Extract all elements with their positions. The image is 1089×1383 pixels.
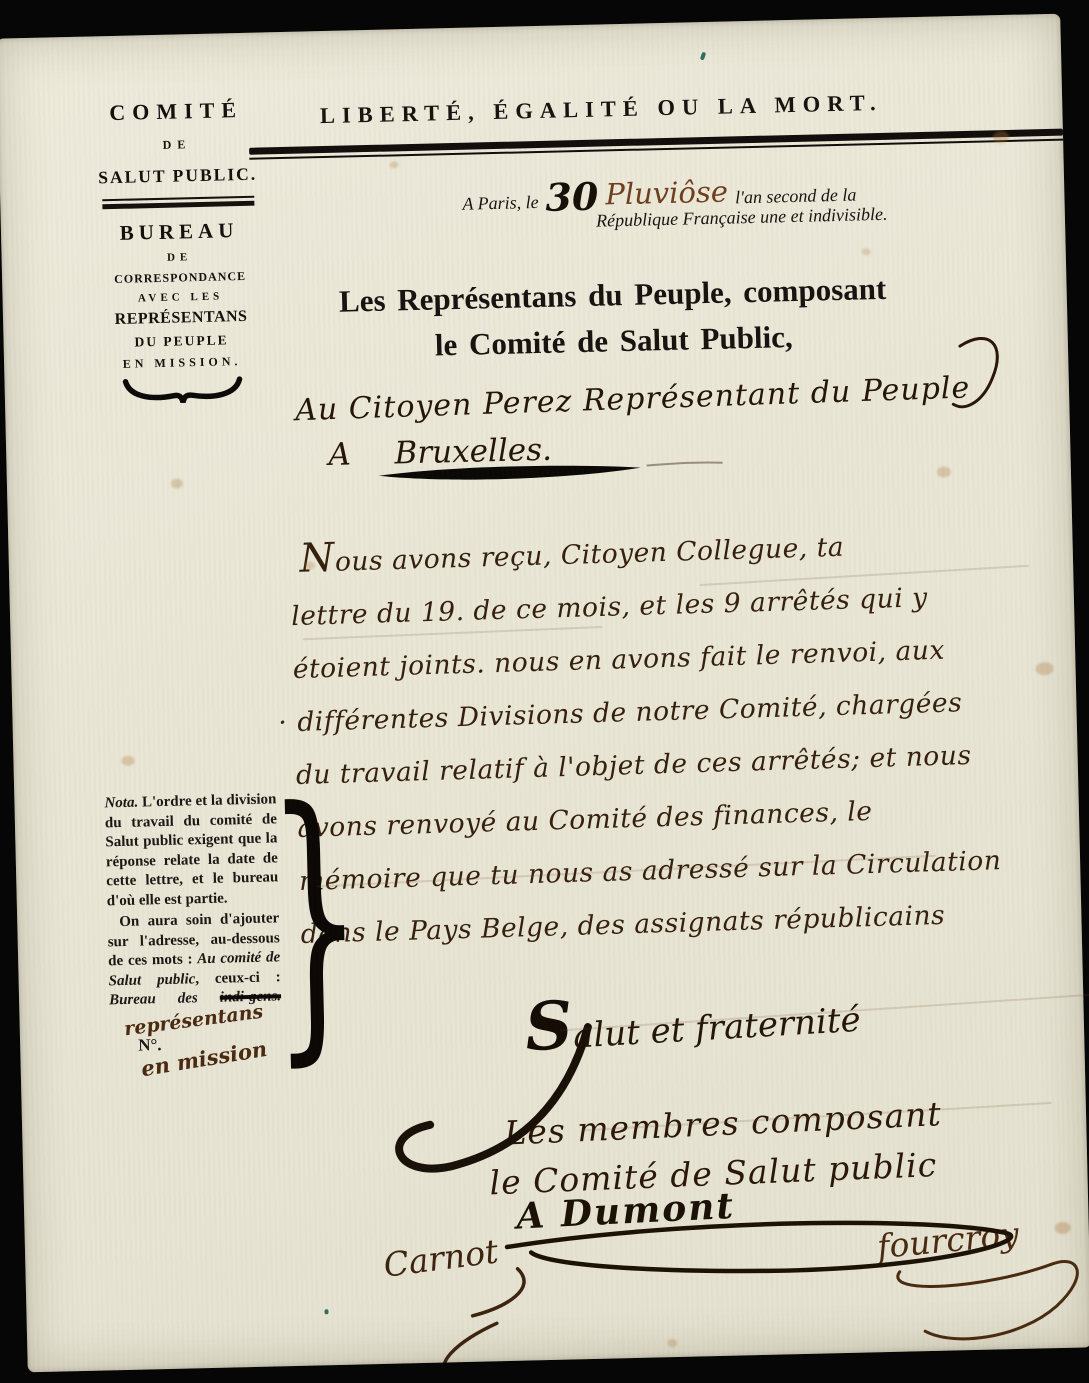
ink-speck xyxy=(700,52,706,61)
salutation-rest: alut et fraternité xyxy=(572,1000,862,1057)
nota-block: Nota. L'ordre et la division du travail … xyxy=(104,790,283,1077)
signature-carnot: Carnot xyxy=(381,1231,500,1284)
ink-speck xyxy=(324,1309,328,1314)
fourcroy-flourish xyxy=(898,1261,1079,1340)
bottom-curly-brace-icon xyxy=(120,375,245,406)
salutation-initial: S xyxy=(523,986,575,1067)
foxing-spot xyxy=(171,478,183,488)
foxing-spot xyxy=(667,1339,677,1347)
margin-mark: · xyxy=(278,707,288,738)
foxing-spot xyxy=(1055,1222,1071,1234)
nota-numero-line: N°. en mission xyxy=(138,1032,283,1076)
closing-line1: Les membres composant xyxy=(504,1094,943,1152)
printed-heading: Les Représentans du Peuple, composant le… xyxy=(234,263,992,373)
letter-body: Nous avons reçu, Citoyen Collegue, ta le… xyxy=(289,527,1004,972)
right-curly-brace-icon: } xyxy=(266,780,365,1058)
letterhead-divider xyxy=(102,196,254,210)
letterhead-committee-line: SALUT PUBLIC. xyxy=(85,163,269,188)
address-line2: A Bruxelles. xyxy=(328,432,552,473)
head-rule xyxy=(249,129,1063,160)
signature-fourcroy: fourcroy xyxy=(875,1214,1020,1266)
address-line1: Au Citoyen Perez Représentant du Peuple xyxy=(295,370,971,428)
carnot-flourish xyxy=(441,1269,526,1373)
scanned-letter-photo: { "letterhead": { "committee_lines": ["C… xyxy=(0,0,1089,1383)
foxing-spot xyxy=(1035,662,1053,675)
letterhead-committee-line: COMITÉ xyxy=(84,96,269,126)
nota-paragraph-1: Nota. L'ordre et la division du travail … xyxy=(104,790,279,911)
motto: LIBERTÉ, ÉGALITÉ OU LA MORT. xyxy=(256,88,946,130)
address-place: Bruxelles. xyxy=(394,432,552,472)
address-line2-prefix: A xyxy=(328,436,351,473)
letterhead-bureau-line: BUREAU xyxy=(87,217,272,246)
letterhead-bureau-line: DE xyxy=(88,249,272,265)
foxing-spot xyxy=(937,466,951,477)
nota-paragraph-2: On aura soin d'ajouter sur l'adresse, au… xyxy=(107,909,282,1032)
salutation: Salut et fraternité xyxy=(523,969,862,1066)
nota-lead: Nota. xyxy=(104,795,138,812)
letterhead-committee-line: DE xyxy=(85,135,269,154)
dateline-prefix: A Paris, le xyxy=(462,192,539,215)
foxing-spot xyxy=(389,161,398,168)
foxing-spot xyxy=(121,756,134,766)
dateline-handwritten-month: Pluviôse xyxy=(605,175,728,212)
document-paper: COMITÉ DE SALUT PUBLIC. BUREAU DE CORRES… xyxy=(0,14,1089,1373)
foxing-spot xyxy=(862,248,871,255)
